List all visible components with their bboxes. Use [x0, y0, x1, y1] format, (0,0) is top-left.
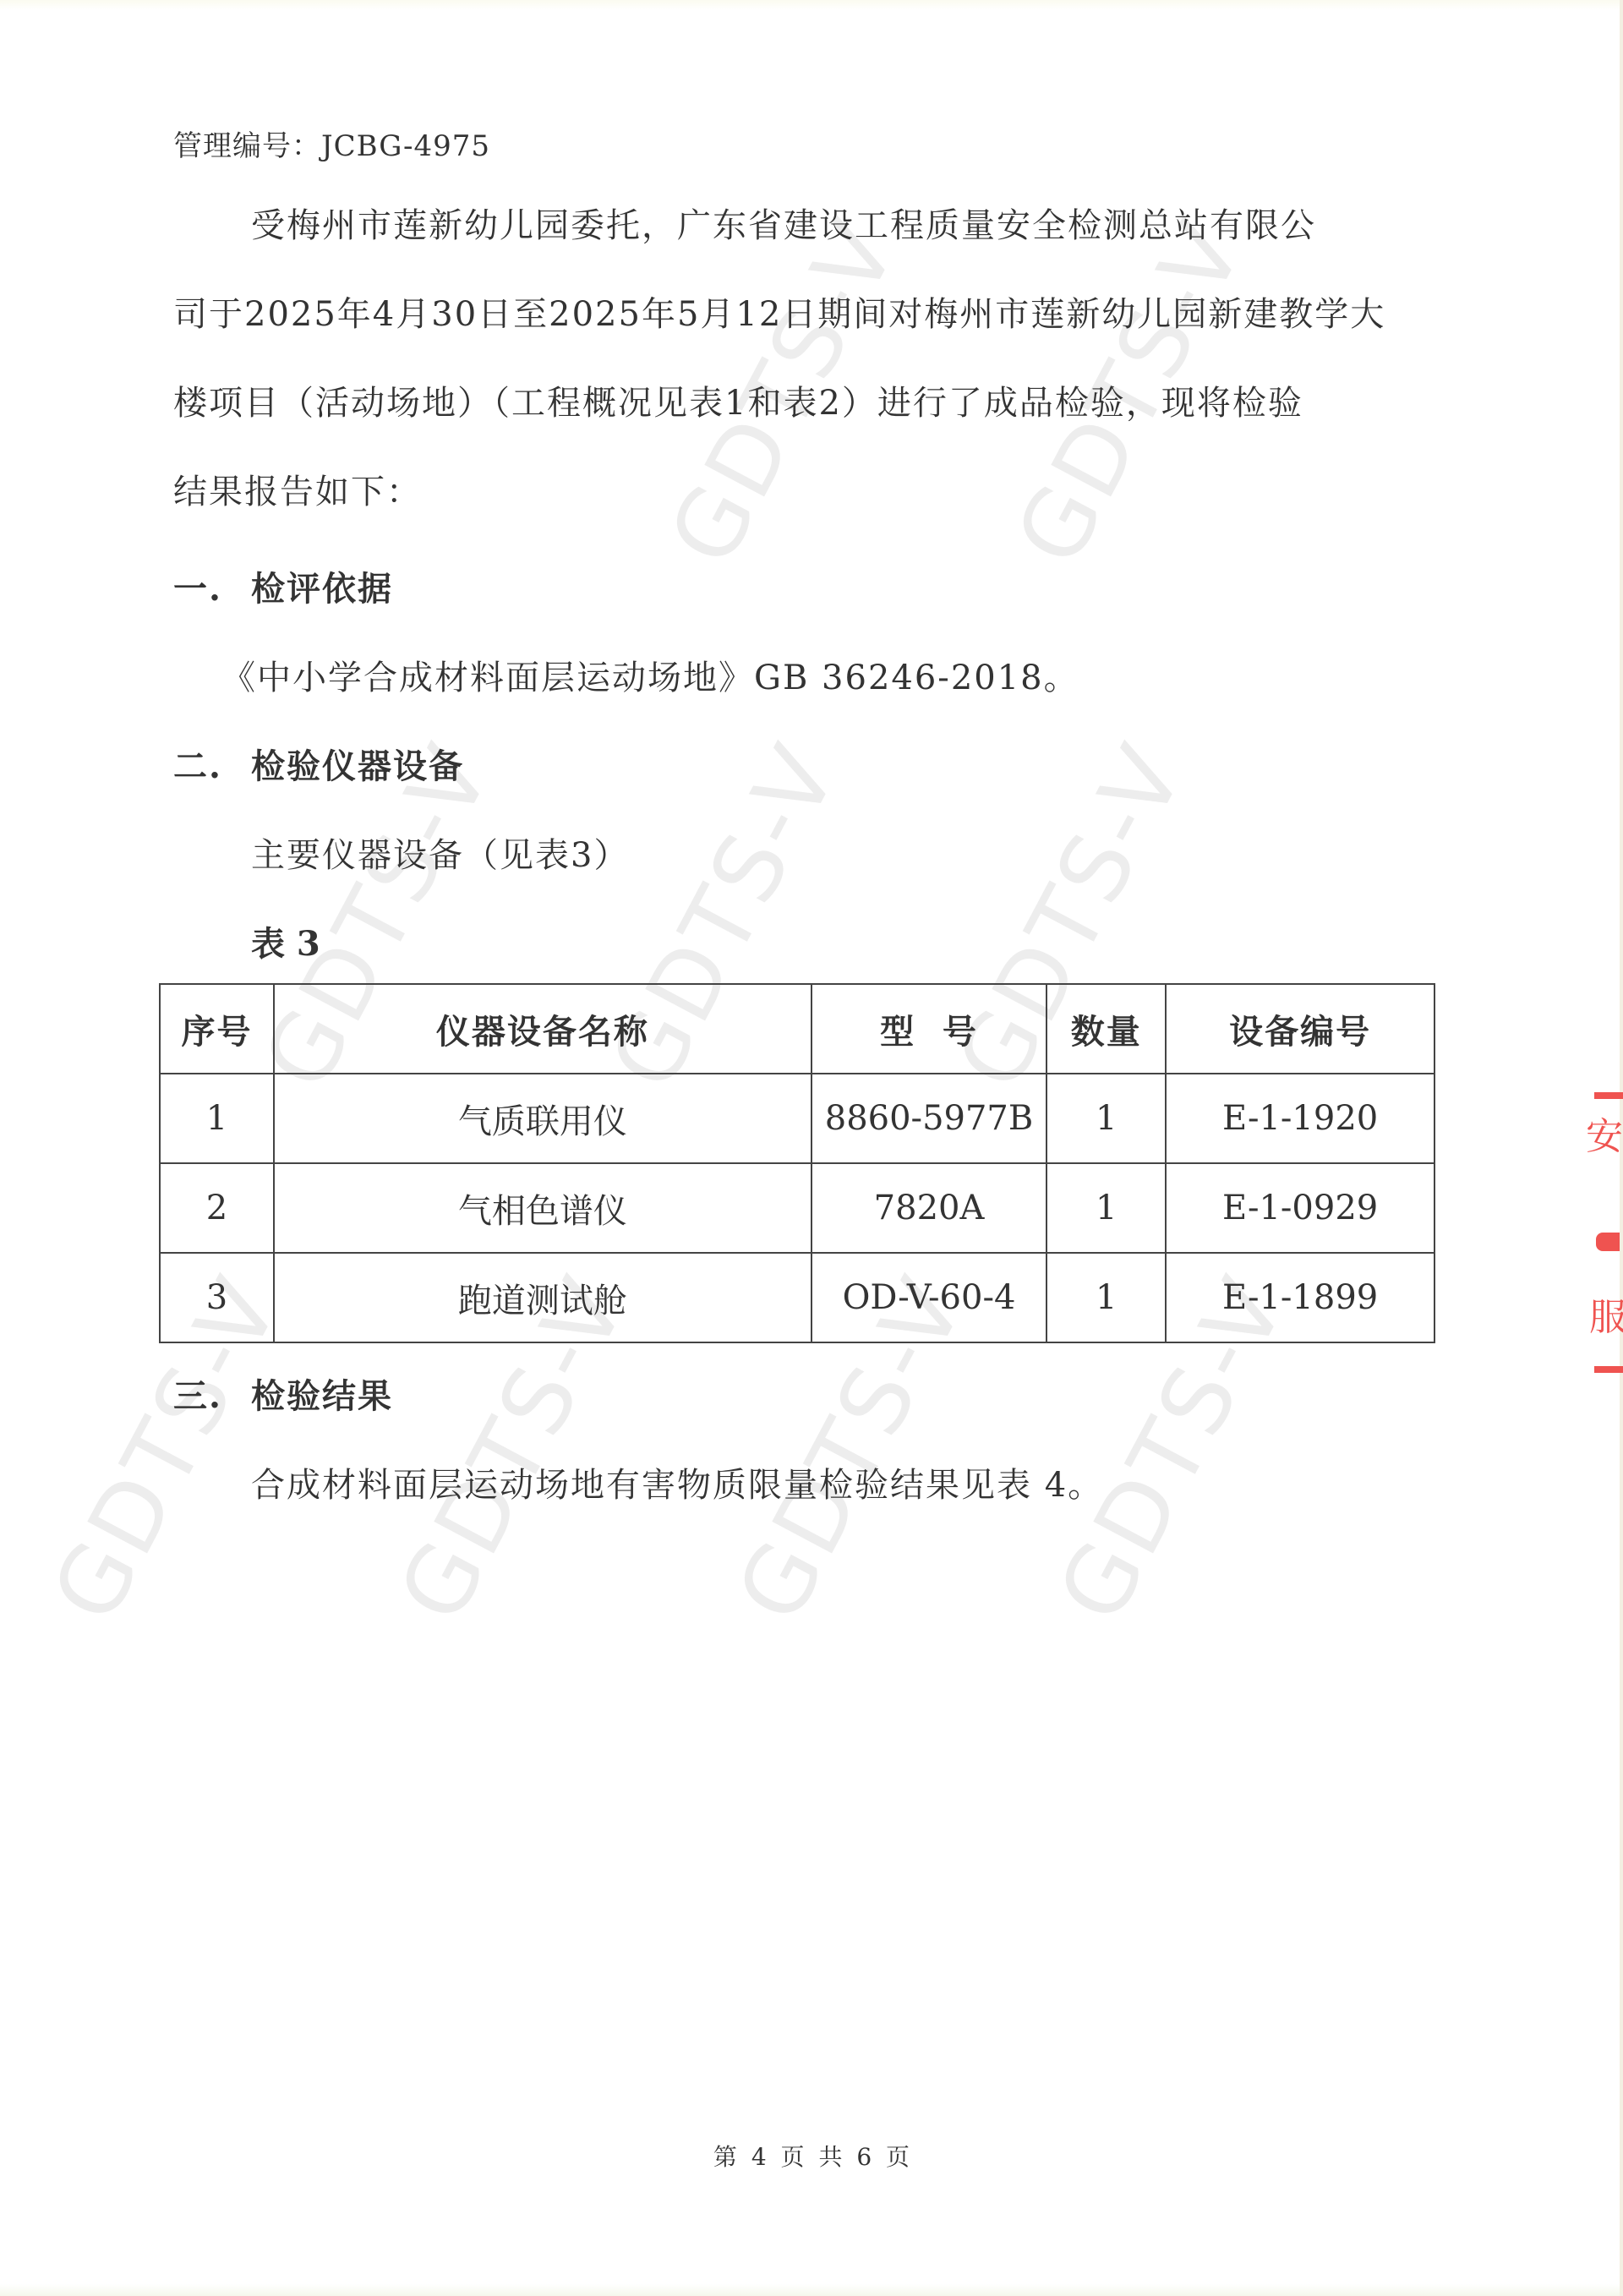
cell-index: 2 — [160, 1163, 274, 1253]
section-title: 检验仪器设备 — [251, 746, 464, 786]
table-header-row: 序号 仪器设备名称 型 号 数量 设备编号 — [160, 984, 1434, 1074]
cell-equipment-code: E-1-1920 — [1166, 1074, 1434, 1163]
scan-edge-bottom — [0, 2284, 1623, 2296]
intro-line-3: 楼项目（活动场地）（工程概况见表1和表2）进行了成品检验，现将检验 — [173, 359, 1407, 448]
red-seal-stamp-fragment: 安 服 — [1589, 1082, 1623, 1386]
cell-equipment-name: 气质联用仪 — [274, 1074, 811, 1163]
stamp-char: 安 — [1586, 1106, 1623, 1160]
cell-model: 7820A — [811, 1163, 1046, 1253]
section-number: 三. — [173, 1369, 251, 1418]
stamp-char: 服 — [1589, 1287, 1623, 1341]
section-title: 检评依据 — [251, 569, 393, 609]
intro-line-2: 司于2025年4月30日至2025年5月12日期间对梅州市莲新幼儿园新建教学大 — [173, 271, 1407, 359]
cell-index: 3 — [160, 1253, 274, 1342]
section-number: 二. — [173, 740, 251, 788]
cell-quantity: 1 — [1046, 1163, 1166, 1253]
management-number-label: 管理编号： — [173, 129, 321, 163]
equipment-intro: 主要仪器设备（见表3） — [251, 828, 629, 877]
management-number: 管理编号：JCBG-4975 — [173, 123, 490, 164]
header-model: 型 号 — [811, 984, 1046, 1074]
cell-equipment-code: E-1-1899 — [1166, 1253, 1434, 1342]
section-heading-results: 三.检验结果 — [173, 1369, 393, 1418]
cell-equipment-name: 气相色谱仪 — [274, 1163, 811, 1253]
header-equipment-name: 仪器设备名称 — [274, 984, 811, 1074]
intro-line-4: 结果报告如下： — [173, 448, 1407, 537]
management-number-value: JCBG-4975 — [321, 129, 490, 163]
section-title: 检验结果 — [251, 1376, 393, 1416]
standard-reference: 《中小学合成材料面层运动场地》GB 36246-2018。 — [221, 651, 1079, 699]
cell-index: 1 — [160, 1074, 274, 1163]
header-index: 序号 — [160, 984, 274, 1074]
results-summary: 合成材料面层运动场地有害物质限量检验结果见表 4。 — [251, 1458, 1103, 1506]
cell-equipment-code: E-1-0929 — [1166, 1163, 1434, 1253]
cell-equipment-name: 跑道测试舱 — [274, 1253, 811, 1342]
intro-line-1: 受梅州市莲新幼儿园委托，广东省建设工程质量安全检测总站有限公 — [173, 182, 1407, 271]
page-footer: 第 4 页 共 6 页 — [0, 2139, 1623, 2173]
cell-quantity: 1 — [1046, 1253, 1166, 1342]
section-number: 一. — [173, 562, 251, 610]
cell-model: OD-V-60-4 — [811, 1253, 1046, 1342]
cell-quantity: 1 — [1046, 1074, 1166, 1163]
header-equipment-code: 设备编号 — [1166, 984, 1434, 1074]
intro-paragraph: 受梅州市莲新幼儿园委托，广东省建设工程质量安全检测总站有限公 司于2025年4月… — [173, 182, 1407, 537]
stamp-border-mark — [1594, 1366, 1623, 1373]
cell-model: 8860-5977B — [811, 1074, 1046, 1163]
stamp-border-mark — [1596, 1233, 1620, 1251]
table-row: 3 跑道测试舱 OD-V-60-4 1 E-1-1899 — [160, 1253, 1434, 1342]
section-heading-equipment: 二.检验仪器设备 — [173, 740, 464, 788]
header-quantity: 数量 — [1046, 984, 1166, 1074]
scan-edge-top — [0, 0, 1623, 10]
equipment-table: 序号 仪器设备名称 型 号 数量 设备编号 1 气质联用仪 8860-5977B… — [159, 983, 1435, 1343]
stamp-border-mark — [1594, 1092, 1623, 1099]
section-heading-basis: 一.检评依据 — [173, 562, 393, 610]
table-caption: 表 3 — [251, 917, 320, 965]
table-row: 1 气质联用仪 8860-5977B 1 E-1-1920 — [160, 1074, 1434, 1163]
table-row: 2 气相色谱仪 7820A 1 E-1-0929 — [160, 1163, 1434, 1253]
